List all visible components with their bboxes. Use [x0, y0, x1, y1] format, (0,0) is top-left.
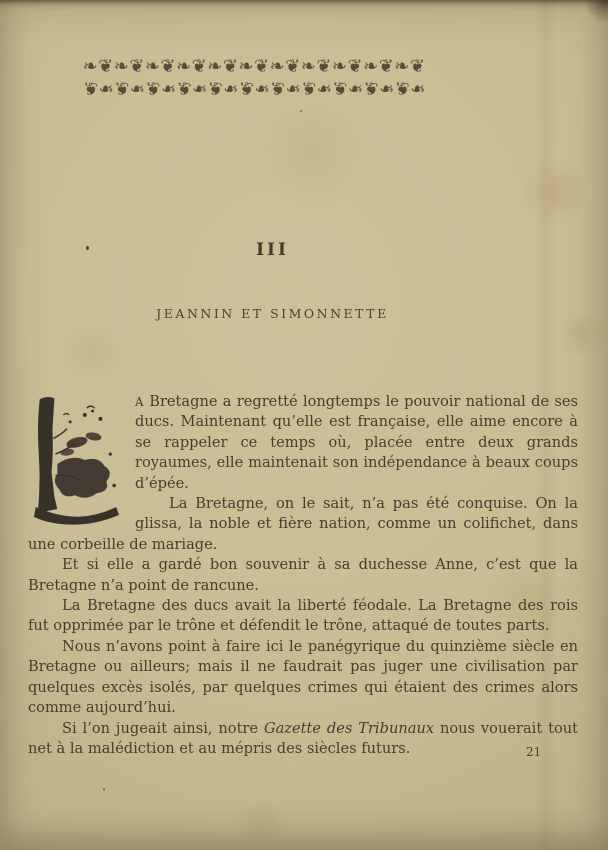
text-segment: Bretagne a regretté longtemps le pouvoir… — [135, 393, 578, 492]
paragraph: La Bretagne des ducs avait la liberté fé… — [28, 596, 578, 637]
text-segment: Nous n’avons point à faire ici le panégy… — [28, 638, 578, 716]
text-segment: A — [135, 395, 144, 409]
chapter-numeral: III — [20, 240, 525, 260]
ornament-row: ❧❦❧❦❧❦❧❦❧❦❧❦❧❦❧❦❧❦❧❦❧❦ — [25, 78, 483, 101]
ink-speck — [300, 110, 302, 112]
ink-speck — [103, 788, 105, 791]
page-number: 21 — [526, 745, 541, 759]
text-segment: Et si elle a gardé bon souvenir à sa duc… — [28, 556, 578, 593]
ornament-row: ❧❦❧❦❧❦❧❦❧❦❧❦❧❦❧❦❧❦❧❦❧❦ — [25, 55, 483, 78]
paragraph: Nous n’avons point à faire ici le panégy… — [28, 637, 578, 719]
woodcut-initial-L-icon — [28, 395, 122, 525]
text-segment: Si l’on jugeait ainsi, notre — [62, 720, 264, 737]
text-segment: Gazette des Tribunaux — [264, 720, 434, 737]
chapter-title: JEANNIN ET SIMONNETTE — [20, 306, 525, 321]
ink-speck — [86, 246, 89, 250]
paragraph: Si l’on jugeait ainsi, notre Gazette des… — [28, 719, 578, 760]
body-text: A Bretagne a regretté longtemps le pouvo… — [28, 392, 578, 759]
paragraph: Et si elle a gardé bon souvenir à sa duc… — [28, 555, 578, 596]
floral-ornament-band: ❧❦❧❦❧❦❧❦❧❦❧❦❧❦❧❦❧❦❧❦❧❦❧❦❧❦❧❦❧❦❧❦❧❦❧❦❧❦❧❦… — [25, 55, 483, 103]
text-segment: La Bretagne des ducs avait la liberté fé… — [28, 597, 578, 634]
book-page: ❧❦❧❦❧❦❧❦❧❦❧❦❧❦❧❦❧❦❧❦❧❦❧❦❧❦❧❦❧❦❧❦❧❦❧❦❧❦❧❦… — [0, 0, 608, 850]
